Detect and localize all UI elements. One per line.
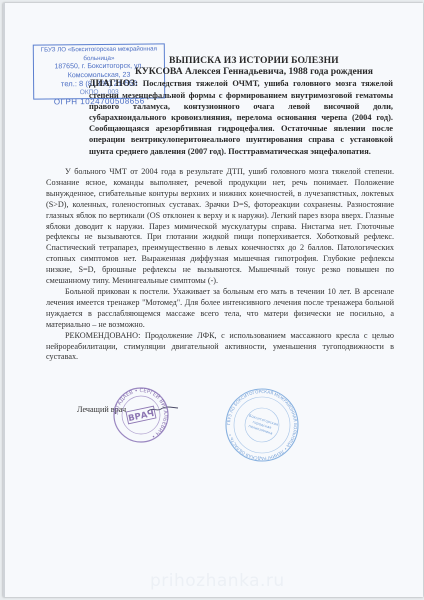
stamp-line-1: ГБУЗ ЛО «Бокситогорская межрайонная боль… xyxy=(34,45,164,63)
clinical-text: У больного ЧМТ от 2004 года в результате… xyxy=(46,167,394,363)
doctor-stamp: ЗАГАДАЕВ • СЕРГЕЙ ВИТАЛЬЕВИЧ • ВРАЧ xyxy=(112,386,170,444)
hospital-seal: ГБУЗ ЛО БОКСИТОГОРСКАЯ МЕЖРАЙОННАЯ БОЛЬН… xyxy=(224,387,300,463)
diagnosis-text: Последствия тяжелой ОЧМТ, ушиба головног… xyxy=(89,79,393,156)
patient-line: КУКСОВА Алексея Геннадьевича, 1988 года … xyxy=(135,66,373,77)
paragraph-status: У больного ЧМТ от 2004 года в результате… xyxy=(46,167,394,287)
document-page: ГБУЗ ЛО «Бокситогорская межрайонная боль… xyxy=(3,3,423,597)
diagnosis-label: ДИАГНОЗ: xyxy=(89,79,138,89)
document-title: ВЫПИСКА ИЗ ИСТОРИИ БОЛЕЗНИ xyxy=(169,55,339,66)
diagnosis-block: ДИАГНОЗ: Последствия тяжелой ОЧМТ, ушиба… xyxy=(89,78,393,157)
watermark: prihozhanka.ru xyxy=(150,571,285,591)
paragraph-recommendation: РЕКОМЕНДОВАНО: Продолжение ЛФК, с исполь… xyxy=(46,331,394,364)
paragraph-care: Больной прикован к постели. Ухаживает за… xyxy=(46,287,394,331)
